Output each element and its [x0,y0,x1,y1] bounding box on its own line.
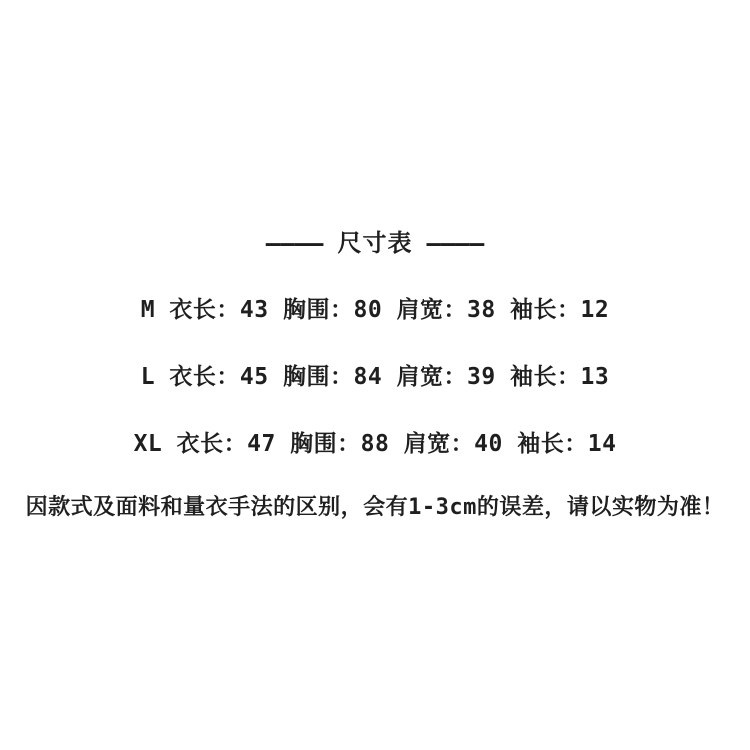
size-row-m: M 衣长：43 胸围：80 肩宽：38 袖长：12 [0,295,750,325]
size-chart-title: ————尺寸表———— [0,228,750,258]
title-right-dashes: ———— [427,229,485,257]
tolerance-note: 因款式及面料和量衣手法的区别，会有1-3cm的误差，请以实物为准！ [0,493,750,523]
size-row-l: L 衣长：45 胸围：84 肩宽：39 袖长：13 [0,362,750,392]
title-text: 尺寸表 [338,229,413,257]
size-chart-content: ————尺寸表———— M 衣长：43 胸围：80 肩宽：38 袖长：12L 衣… [0,228,750,523]
title-left-dashes: ———— [266,229,324,257]
size-chart-image: ————尺寸表———— M 衣长：43 胸围：80 肩宽：38 袖长：12L 衣… [0,0,750,750]
size-rows: M 衣长：43 胸围：80 肩宽：38 袖长：12L 衣长：45 胸围：84 肩… [0,295,750,459]
size-row-xl: XL 衣长：47 胸围：88 肩宽：40 袖长：14 [0,429,750,459]
